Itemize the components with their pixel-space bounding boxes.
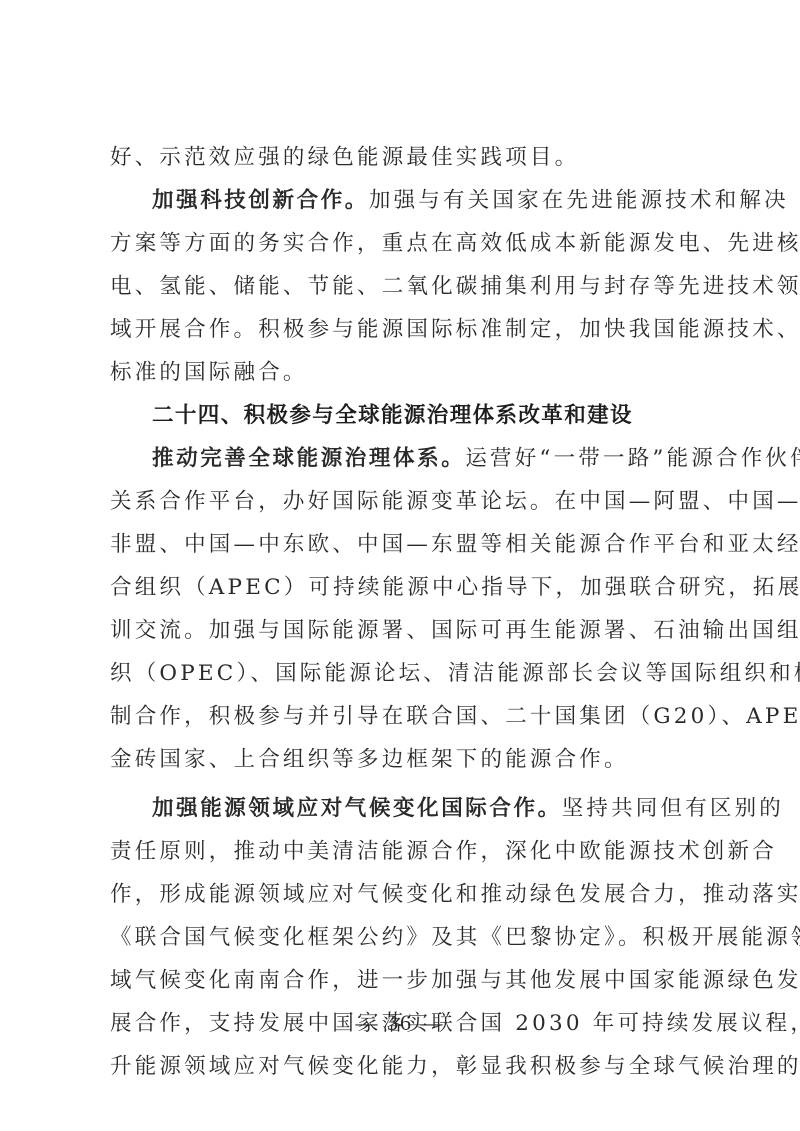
paragraph-line: 训交流。加强与国际能源署、国际可再生能源署、石油输出国组 <box>110 613 690 649</box>
paragraph-line: 推动完善全球能源治理体系。运营好“一带一路”能源合作伙伴 <box>110 441 690 477</box>
paragraph-line: 作，形成能源领域应对气候变化和推动绿色发展合力，推动落实 <box>110 877 690 913</box>
body-text: 升能源领域应对气候变化能力，彰显我积极参与全球气候治理的 <box>110 1054 800 1079</box>
section-heading-text: 二十四、积极参与全球能源治理体系改革和建设 <box>152 403 633 428</box>
body-text: 制合作，积极参与并引导在联合国、二十国集团（G20）、APEC、 <box>110 704 800 729</box>
paragraph-line: 升能源领域应对气候变化能力，彰显我积极参与全球气候治理的 <box>110 1049 690 1085</box>
body-text: 方案等方面的务实合作，重点在高效低成本新能源发电、先进核 <box>110 231 800 256</box>
body-text: 域气候变化南南合作，进一步加强与其他发展中国家能源绿色发 <box>110 968 800 993</box>
paragraph-line: 标准的国际融合。 <box>110 355 690 391</box>
page-number: — 36 — <box>0 1010 800 1036</box>
paragraph-line: 非盟、中国—中东欧、中国—东盟等相关能源合作平台和亚太经 <box>110 527 690 563</box>
body-text: 关系合作平台，办好国际能源变革论坛。在中国—阿盟、中国— <box>110 489 800 514</box>
paragraph-line: 织（OPEC）、国际能源论坛、清洁能源部长会议等国际组织和机 <box>110 656 690 692</box>
paragraph-line: 域气候变化南南合作，进一步加强与其他发展中国家能源绿色发 <box>110 963 690 999</box>
body-text: 坚持共同但有区别的 <box>562 796 784 821</box>
body-text: 训交流。加强与国际能源署、国际可再生能源署、石油输出国组 <box>110 618 800 643</box>
paragraph-line: 《联合国气候变化框架公约》及其《巴黎协定》。积极开展能源领 <box>110 920 690 956</box>
paragraph-line: 好、示范效应强的绿色能源最佳实践项目。 <box>110 140 690 176</box>
paragraph-line: 关系合作平台，办好国际能源变革论坛。在中国—阿盟、中国— <box>110 484 690 520</box>
paragraph-line: 制合作，积极参与并引导在联合国、二十国集团（G20）、APEC、 <box>110 699 690 735</box>
paragraph-lead-heading: 加强能源领域应对气候变化国际合作。 <box>152 796 562 821</box>
body-text: 域开展合作。积极参与能源国际标准制定，加快我国能源技术、 <box>110 317 800 342</box>
paragraph-line: 加强科技创新合作。加强与有关国家在先进能源技术和解决 <box>110 183 690 219</box>
body-text: 非盟、中国—中东欧、中国—东盟等相关能源合作平台和亚太经 <box>110 532 800 557</box>
paragraph-lead-heading: 推动完善全球能源治理体系。 <box>152 446 465 471</box>
body-text: 标准的国际融合。 <box>110 360 308 385</box>
body-text: 责任原则，推动中美清洁能源合作，深化中欧能源技术创新合 <box>110 839 777 864</box>
body-text: 金砖国家、上合组织等多边框架下的能源合作。 <box>110 747 629 772</box>
body-text: 运营好“一带一路”能源合作伙伴 <box>465 446 800 471</box>
body-text: 电、氢能、储能、节能、二氧化碳捕集利用与封存等先进技术领 <box>110 274 800 299</box>
body-text: 好、示范效应强的绿色能源最佳实践项目。 <box>110 145 579 170</box>
paragraph-line: 加强能源领域应对气候变化国际合作。坚持共同但有区别的 <box>110 791 690 827</box>
body-text: 《联合国气候变化框架公约》及其《巴黎协定》。积极开展能源领 <box>110 925 800 950</box>
paragraph-line: 电、氢能、储能、节能、二氧化碳捕集利用与封存等先进技术领 <box>110 269 690 305</box>
body-text: 合组织（APEC）可持续能源中心指导下，加强联合研究，拓展培 <box>110 575 800 600</box>
paragraph-line: 责任原则，推动中美清洁能源合作，深化中欧能源技术创新合 <box>110 834 690 870</box>
paragraph-line: 方案等方面的务实合作，重点在高效低成本新能源发电、先进核 <box>110 226 690 262</box>
paragraph-line: 域开展合作。积极参与能源国际标准制定，加快我国能源技术、 <box>110 312 690 348</box>
section-heading: 二十四、积极参与全球能源治理体系改革和建设 <box>110 398 690 434</box>
body-text: 织（OPEC）、国际能源论坛、清洁能源部长会议等国际组织和机 <box>110 661 800 686</box>
body-text: 加强与有关国家在先进能源技术和解决 <box>369 188 789 213</box>
paragraph-lead-heading: 加强科技创新合作。 <box>152 188 369 213</box>
paragraph-line: 合组织（APEC）可持续能源中心指导下，加强联合研究，拓展培 <box>110 570 690 606</box>
body-text: 作，形成能源领域应对气候变化和推动绿色发展合力，推动落实 <box>110 882 800 907</box>
paragraph-line: 金砖国家、上合组织等多边框架下的能源合作。 <box>110 742 690 778</box>
